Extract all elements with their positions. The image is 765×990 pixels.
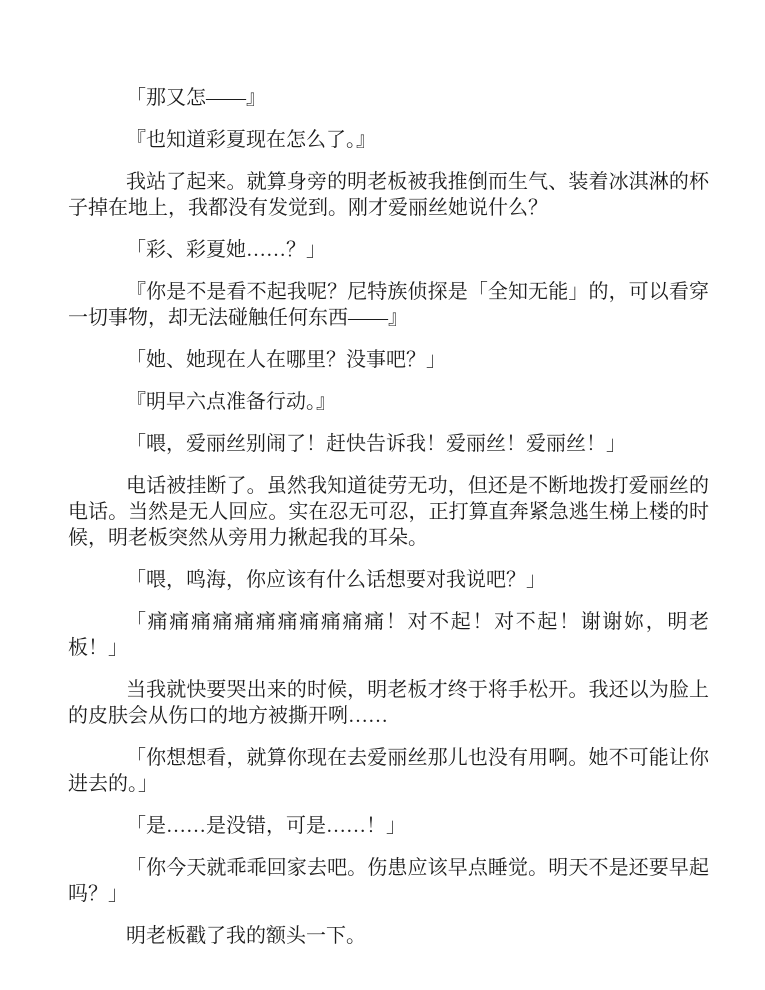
- novel-page: 「那又怎——』 『也知道彩夏现在怎么了。』 我站了起来。就算身旁的明老板被我推倒…: [0, 0, 765, 990]
- paragraph: 「喂，爱丽丝别闹了！赶快告诉我！爱丽丝！爱丽丝！」: [68, 431, 709, 457]
- paragraph: 我站了起来。就算身旁的明老板被我推倒而生气、装着冰淇淋的杯子掉在地上，我都没有发…: [68, 169, 709, 221]
- paragraph: 「是……是没错，可是……！」: [68, 813, 709, 839]
- paragraph: 明老板戳了我的额头一下。: [68, 923, 709, 949]
- paragraph: 『明早六点准备行动。』: [68, 389, 709, 415]
- paragraph: 「那又怎——』: [68, 85, 709, 111]
- paragraph: 『你是不是看不起我呢？尼特族侦探是「全知无能」的，可以看穿一切事物，却无法碰触任…: [68, 279, 709, 331]
- paragraph: 「你想想看，就算你现在去爱丽丝那儿也没有用啊。她不可能让你进去的。」: [68, 745, 709, 797]
- paragraph: 电话被挂断了。虽然我知道徒劳无功，但还是不断地拨打爱丽丝的电话。当然是无人回应。…: [68, 473, 709, 551]
- paragraph: 「你今天就乖乖回家去吧。伤患应该早点睡觉。明天不是还要早起吗？」: [68, 855, 709, 907]
- paragraph: 「喂，鸣海，你应该有什么话想要对我说吧？」: [68, 567, 709, 593]
- paragraph: 「痛痛痛痛痛痛痛痛痛痛痛！对不起！对不起！谢谢妳，明老板！」: [68, 609, 709, 661]
- paragraph: 当我就快要哭出来的时候，明老板才终于将手松开。我还以为脸上的皮肤会从伤口的地方被…: [68, 677, 709, 729]
- paragraph: 「她、她现在人在哪里？没事吧？」: [68, 347, 709, 373]
- paragraph: 「彩、彩夏她……？」: [68, 237, 709, 263]
- paragraph: 『也知道彩夏现在怎么了。』: [68, 127, 709, 153]
